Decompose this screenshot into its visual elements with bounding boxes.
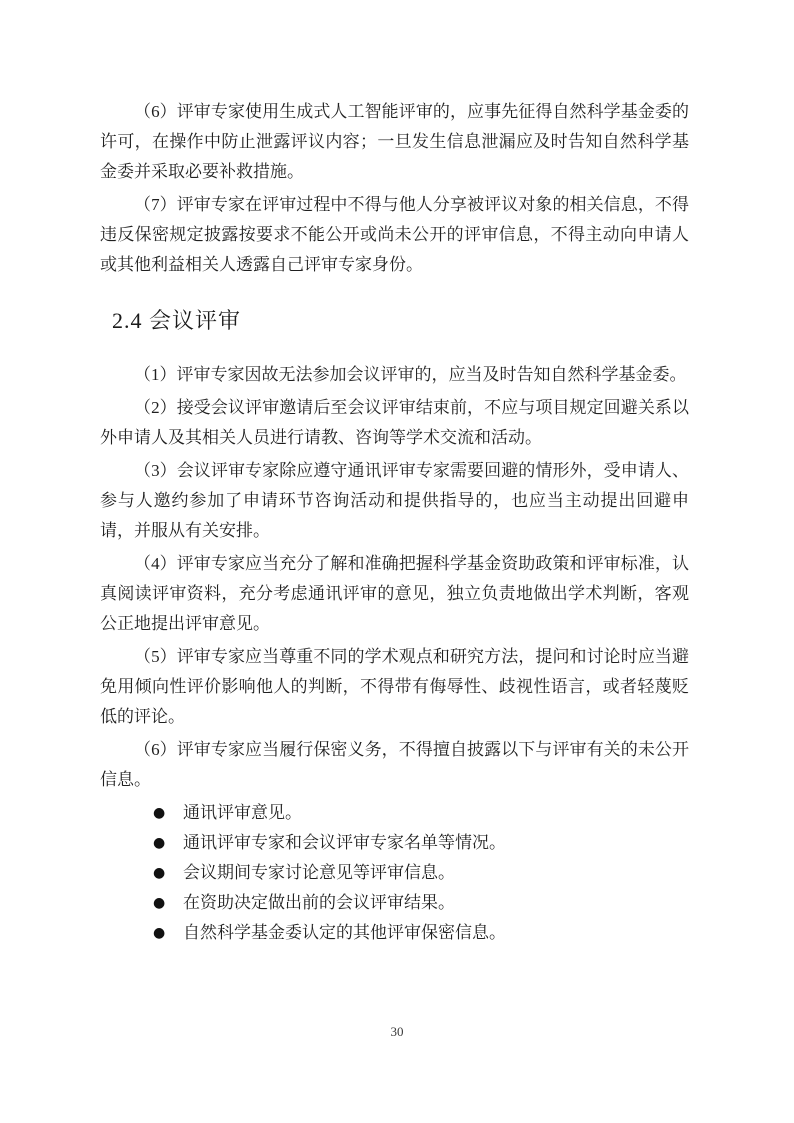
list-item: ● 通讯评审专家和会议评审专家名单等情况。 <box>100 828 689 858</box>
list-item: ● 在资助决定做出前的会议评审结果。 <box>100 888 689 918</box>
confidential-items-list: ● 通讯评审意见。 ● 通讯评审专家和会议评审专家名单等情况。 ● 会议期间专家… <box>100 798 689 948</box>
bullet-icon: ● <box>153 798 165 828</box>
list-item: ● 自然科学基金委认定的其他评审保密信息。 <box>100 918 689 948</box>
list-item-text: 在资助决定做出前的会议评审结果。 <box>183 893 455 912</box>
bullet-icon: ● <box>153 858 165 888</box>
section-heading-meeting-review: 2.4 会议评审 <box>112 308 689 334</box>
list-item-text: 自然科学基金委认定的其他评审保密信息。 <box>183 923 506 942</box>
list-item: ● 会议期间专家讨论意见等评审信息。 <box>100 858 689 888</box>
list-item-text: 通讯评审意见。 <box>183 803 302 822</box>
list-item-text: 会议期间专家讨论意见等评审信息。 <box>183 863 455 882</box>
paragraph-6-secrecy-duty: （6）评审专家应当履行保密义务，不得擅自披露以下与评审有关的未公开信息。 <box>100 735 689 795</box>
paragraph-4-policy-grasp: （4）评审专家应当充分了解和准确把握科学基金资助政策和评审标准，认真阅读评审资料… <box>100 549 689 639</box>
paragraph-3-recusal: （3）会议评审专家除应遵守通讯评审专家需要回避的情形外，受申请人、参与人邀约参加… <box>100 456 689 546</box>
paragraph-2-no-contact: （2）接受会议评审邀请后至会议评审结束前，不应与项目规定回避关系以外申请人及其相… <box>100 393 689 453</box>
list-item: ● 通讯评审意见。 <box>100 798 689 828</box>
paragraph-7-confidentiality: （7）评审专家在评审过程中不得与他人分享被评议对象的相关信息，不得违反保密规定披… <box>100 190 689 280</box>
document-body: （6）评审专家使用生成式人工智能评审的，应事先征得自然科学基金委的许可，在操作中… <box>100 97 689 948</box>
paragraph-6-ai-review: （6）评审专家使用生成式人工智能评审的，应事先征得自然科学基金委的许可，在操作中… <box>100 97 689 187</box>
paragraph-5-respect-views: （5）评审专家应当尊重不同的学术观点和研究方法，提问和讨论时应当避免用倾向性评价… <box>100 642 689 732</box>
bullet-icon: ● <box>153 828 165 858</box>
paragraph-1-absence-notice: （1）评审专家因故无法参加会议评审的，应当及时告知自然科学基金委。 <box>100 360 689 390</box>
document-page: （6）评审专家使用生成式人工智能评审的，应事先征得自然科学基金委的许可，在操作中… <box>0 0 794 1123</box>
bullet-icon: ● <box>153 888 165 918</box>
list-item-text: 通讯评审专家和会议评审专家名单等情况。 <box>183 833 506 852</box>
bullet-icon: ● <box>153 918 165 948</box>
page-number: 30 <box>0 1023 794 1040</box>
